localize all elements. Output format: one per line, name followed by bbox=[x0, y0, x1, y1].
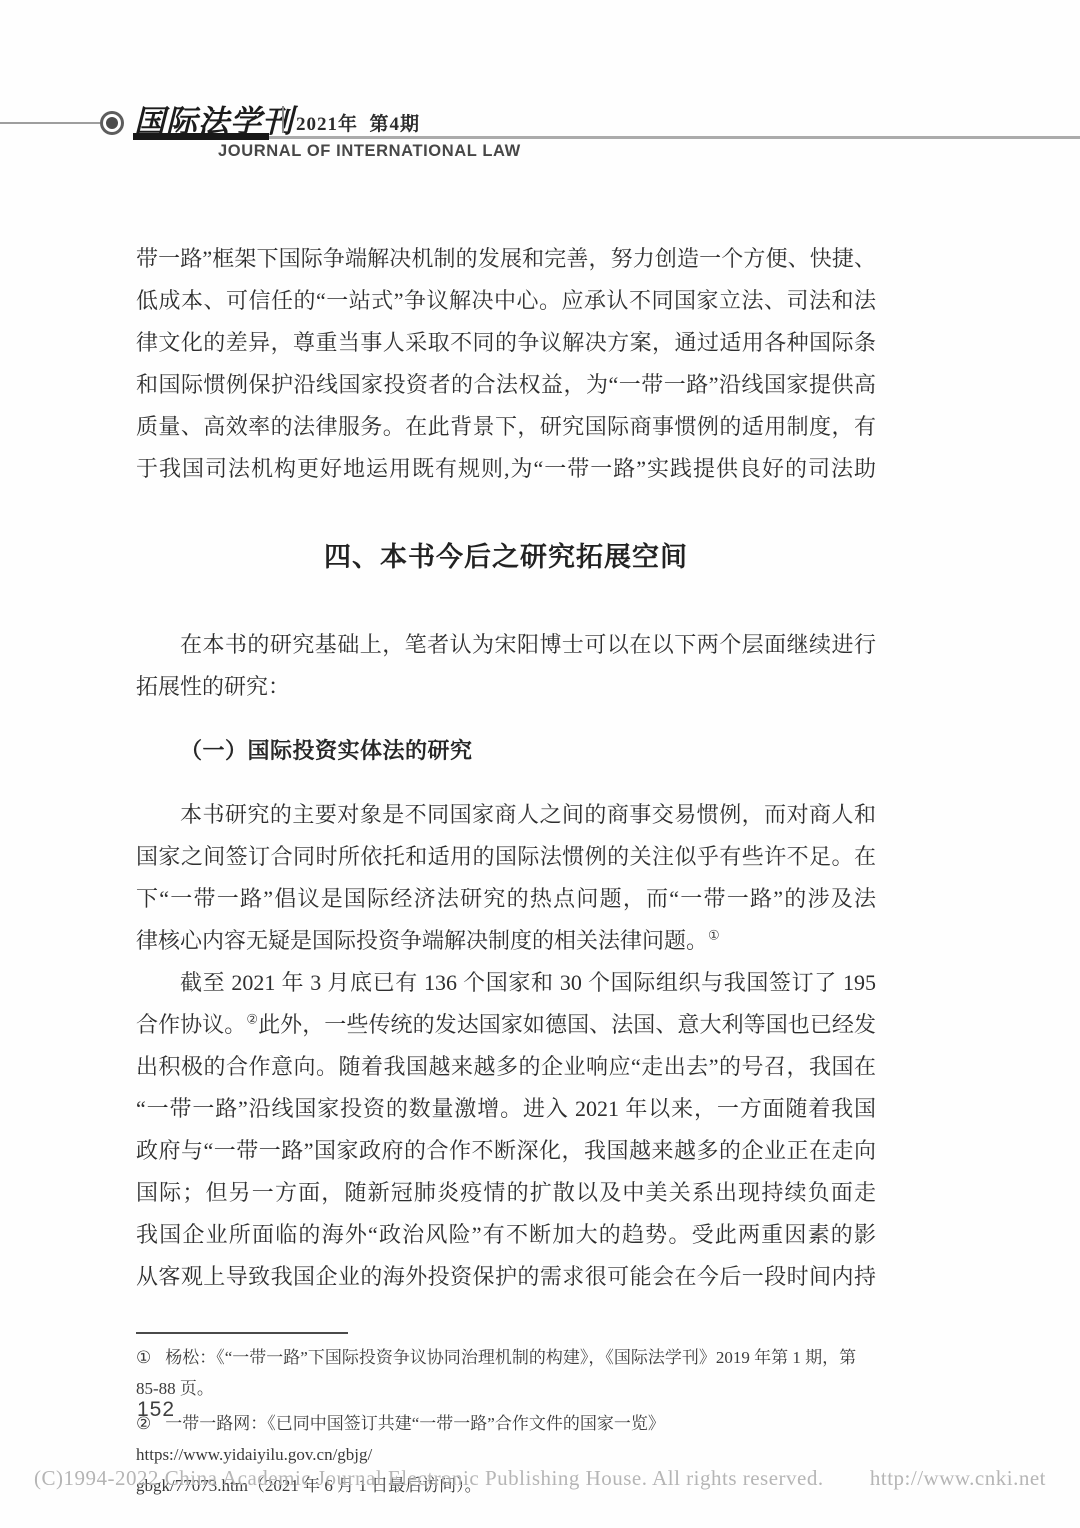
text-line: 在本书的研究基础上，笔者认为宋阳博士可以在以下两个层面继续进行 bbox=[136, 624, 876, 666]
text-segment: 律核心内容无疑是国际投资争端解决制度的相关法律问题。 bbox=[136, 928, 708, 953]
paragraph-continued: 带一路”框架下国际争端解决机制的发展和完善，努力创造一个方便、快捷、 低成本、可… bbox=[136, 238, 876, 490]
cnki-url: http://www.cnki.net bbox=[870, 1466, 1046, 1491]
copyright-text: (C)1994-2022 China Academic Journal Elec… bbox=[34, 1466, 824, 1491]
paragraph-investment-law: 本书研究的主要对象是不同国家商人之间的商事交易惯例，而对商人和 国家之间签订合同… bbox=[136, 794, 876, 962]
text-line: 低成本、可信任的“一站式”争议解决中心。应承认不同国家立法、司法和法 bbox=[136, 280, 876, 322]
text-line: 国际；但另一方面，随新冠肺炎疫情的扩散以及中美关系出现持续负面走向， bbox=[136, 1172, 876, 1214]
header-bullet-icon bbox=[106, 117, 118, 129]
text-line: 我国企业所面临的海外“政治风险”有不断加大的趋势。受此两重因素的影响， bbox=[136, 1214, 876, 1256]
text-line: 下“一带一路”倡议是国际经济法研究的热点问题，而“一带一路”的涉及法 bbox=[136, 878, 876, 920]
footnote-ref-2: ② bbox=[246, 1012, 258, 1027]
footnote-text: 一带一路网：《已同中国签订共建“一带一路”合作文件的国家一览》https://w… bbox=[136, 1414, 665, 1464]
journal-page: 国际法学刊 2021年 第4期 JOURNAL OF INTERNATIONAL… bbox=[0, 0, 1080, 1528]
text-line: 截至 2021 年 3 月底已有 136 个国家和 30 个国际组织与我国签订了… bbox=[136, 962, 876, 1004]
text-line: 质量、高效率的法律服务。在此背景下，研究国际商事惯例的适用制度，有助 bbox=[136, 406, 876, 448]
text-line: 和国际惯例保护沿线国家投资者的合法权益，为“一带一路”沿线国家提供高 bbox=[136, 364, 876, 406]
article-body: 带一路”框架下国际争端解决机制的发展和完善，努力创造一个方便、快捷、 低成本、可… bbox=[136, 238, 876, 1298]
footnote-ref-1: ① bbox=[708, 928, 720, 943]
text-segment: 此外，一些传统的发达国家如德国、法国、意大利等国也已经发 bbox=[258, 1012, 876, 1037]
subsection-heading: （一）国际投资实体法的研究 bbox=[136, 730, 876, 772]
section-heading: 四、本书今后之研究拓展空间 bbox=[136, 538, 876, 576]
journal-header: 国际法学刊 2021年 第4期 JOURNAL OF INTERNATIONAL… bbox=[0, 0, 1080, 170]
text-segment: 合作协议。 bbox=[136, 1012, 246, 1037]
journal-name-en: JOURNAL OF INTERNATIONAL LAW bbox=[218, 142, 521, 161]
text-line: 带一路”框架下国际争端解决机制的发展和完善，努力创造一个方便、快捷、 bbox=[136, 238, 876, 280]
footnote-marker: ① bbox=[136, 1342, 151, 1373]
page-number: 152 bbox=[137, 1398, 175, 1422]
footnote-1: ①杨松：《“一带一路”下国际投资争议协同治理机制的构建》，《国际法学刊》2019… bbox=[136, 1342, 880, 1404]
text-line: 于我国司法机构更好地运用既有规则,为“一带一路”实践提供良好的司法助力。 bbox=[136, 448, 876, 490]
text-line: 从客观上导致我国企业的海外投资保护的需求很可能会在今后一段时间内持 bbox=[136, 1256, 876, 1298]
paragraph-cooperation: 截至 2021 年 3 月底已有 136 个国家和 30 个国际组织与我国签订了… bbox=[136, 962, 876, 1298]
paragraph-intro: 在本书的研究基础上，笔者认为宋阳博士可以在以下两个层面继续进行 拓展性的研究： bbox=[136, 624, 876, 708]
text-line: “一带一路”沿线国家投资的数量激增。进入 2021 年以来，一方面随着我国 bbox=[136, 1088, 876, 1130]
issue-label: 2021年 第4期 bbox=[296, 109, 420, 136]
text-line: 出积极的合作意向。随着我国越来越多的企业响应“走出去”的号召，我国在 bbox=[136, 1046, 876, 1088]
text-line: 政府与“一带一路”国家政府的合作不断深化，我国越来越多的企业正在走向 bbox=[136, 1130, 876, 1172]
text-line: 本书研究的主要对象是不同国家商人之间的商事交易惯例，而对商人和 bbox=[136, 794, 876, 836]
text-line: 合作协议。②此外，一些传统的发达国家如德国、法国、意大利等国也已经发 bbox=[136, 1004, 876, 1046]
header-right-rule bbox=[269, 136, 1080, 139]
text-line: 律文化的差异，尊重当事人采取不同的争议解决方案，通过适用各种国际条约 bbox=[136, 322, 876, 364]
page-footer: (C)1994-2022 China Academic Journal Elec… bbox=[0, 1466, 1080, 1491]
footnote-text: 杨松：《“一带一路”下国际投资争议协同治理机制的构建》，《国际法学刊》2019 … bbox=[136, 1348, 856, 1398]
text-line: 拓展性的研究： bbox=[136, 666, 876, 708]
footnote-separator bbox=[136, 1332, 348, 1334]
text-line: 国家之间签订合同时所依托和适用的国际法惯例的关注似乎有些许不足。在当 bbox=[136, 836, 876, 878]
header-left-rule bbox=[0, 122, 100, 124]
logo-underline bbox=[133, 133, 269, 140]
header-divider bbox=[282, 106, 284, 133]
text-line: 律核心内容无疑是国际投资争端解决制度的相关法律问题。① bbox=[136, 920, 876, 962]
